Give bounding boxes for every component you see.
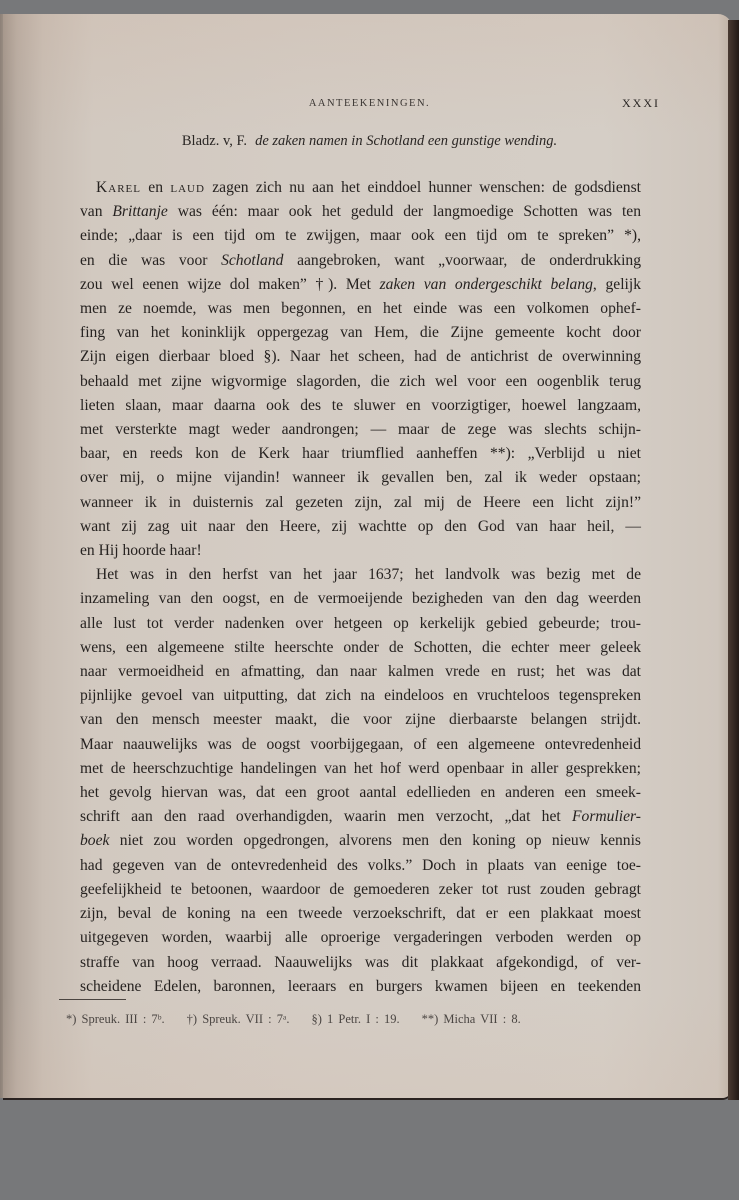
text-line: had gegeven van de ontevredenheid des vo…	[80, 854, 641, 878]
text-segment: einde; „daar is een tijd om te zwijgen, …	[80, 227, 641, 244]
text-segment: het gevolg hiervan was, dat een groot aa…	[80, 784, 641, 801]
text-segment: zagen zich nu aan het einddoel hunner we…	[205, 179, 641, 196]
text-line: het gevolg hiervan was, dat een groot aa…	[80, 781, 641, 805]
text-segment: met de heerschzuchtige handelingen van h…	[80, 760, 641, 777]
text-line: zijn, beval de koning na een tweede verz…	[80, 902, 641, 926]
text-segment: laud	[170, 179, 205, 196]
text-line: straffe van hoog verraad. Naauwelijks wa…	[80, 951, 641, 975]
footnotes: *) Spreuk. III : 7ᵇ.†) Spreuk. VII : 7ᵃ.…	[66, 1012, 543, 1027]
text-segment: Maar naauwelijks was de oogst voorbijgeg…	[80, 736, 641, 753]
text-line: met de heerschzuchtige handelingen van h…	[80, 757, 641, 781]
text-line: behaald met zijne wigvormige slagorden, …	[80, 370, 641, 394]
footnote: *) Spreuk. III : 7ᵇ.	[66, 1012, 165, 1026]
body-text: Karel en laud zagen zich nu aan het eind…	[80, 176, 641, 999]
text-line: en Hij hoorde haar!	[80, 539, 641, 563]
text-segment: alle lust tot verder nadenken over hetge…	[80, 615, 641, 632]
text-segment: aangebroken, want „voorwaar, de onderdru…	[283, 252, 641, 269]
text-segment: en Hij hoorde haar!	[80, 542, 202, 559]
text-segment: zou wel eenen wijze dol maken” †). Met	[80, 276, 380, 293]
text-segment: had gegeven van de ontevredenheid des vo…	[80, 857, 641, 874]
text-segment: Zijn eigen dierbaar bloed §). Naar het s…	[80, 348, 641, 365]
page-number: XXXI	[622, 96, 660, 111]
text-line: met versterkte magt weder aandrongen; — …	[80, 418, 641, 442]
text-segment: inzameling van den oogst, en de vermoeij…	[80, 590, 641, 607]
text-line: Karel en laud zagen zich nu aan het eind…	[80, 176, 641, 200]
italic-text: Formulier-	[572, 808, 641, 825]
text-segment: schrift aan den raad overhandigden, waar…	[80, 808, 572, 825]
text-line: wens, een algemeene stilte heerschte ond…	[80, 636, 641, 660]
text-segment: niet zou worden opgedrongen, alvorens me…	[109, 832, 641, 849]
text-line: en die was voor Schotland aangebroken, w…	[80, 249, 641, 273]
text-segment: straffe van hoog verraad. Naauwelijks wa…	[80, 954, 641, 971]
footnote: †) Spreuk. VII : 7ᵃ.	[187, 1012, 290, 1026]
text-segment: behaald met zijne wigvormige slagorden, …	[80, 373, 641, 390]
text-line: over mij, o mijne vijandin! wanneer ik g…	[80, 466, 641, 490]
text-line: einde; „daar is een tijd om te zwijgen, …	[80, 224, 641, 248]
text-line: fing van het koninklijk oppergezag van H…	[80, 321, 641, 345]
text-line: alle lust tot verder nadenken over hetge…	[80, 612, 641, 636]
text-segment: men ze noemde, was men begonnen, en het …	[80, 300, 641, 317]
text-line: naar vermoeidheid en afmatting, dan naar…	[80, 660, 641, 684]
text-line: Maar naauwelijks was de oogst voorbijgeg…	[80, 733, 641, 757]
text-line: wanneer ik in duisternis zal gezeten zij…	[80, 491, 641, 515]
text-segment: want zij zag uit naar den Heere, zij wac…	[80, 518, 641, 535]
text-segment: baar, en reeds kon de Kerk haar triumfli…	[80, 445, 641, 462]
heading-title: de zaken namen in Schotland een gunstige…	[255, 133, 557, 149]
italic-text: boek	[80, 832, 109, 849]
text-segment: scheidene Edelen, baronnen, leeraars en …	[80, 978, 641, 995]
text-segment: Karel	[96, 179, 141, 196]
text-line: zou wel eenen wijze dol maken” †). Met z…	[80, 273, 641, 297]
text-segment: naar vermoeidheid en afmatting, dan naar…	[80, 663, 641, 680]
italic-text: Schotland	[221, 252, 283, 269]
text-segment: met versterkte magt weder aandrongen; — …	[80, 421, 641, 438]
text-line: scheidene Edelen, baronnen, leeraars en …	[80, 975, 641, 999]
text-segment: zijn, beval de koning na een tweede verz…	[80, 905, 641, 922]
italic-text: Brittanje	[112, 203, 167, 220]
text-line: want zij zag uit naar den Heere, zij wac…	[80, 515, 641, 539]
text-segment: , gelijk	[593, 276, 641, 293]
text-line: baar, en reeds kon de Kerk haar triumfli…	[80, 442, 641, 466]
footnote-rule	[59, 999, 126, 1000]
text-line: Het was in den herfst van het jaar 1637;…	[80, 563, 641, 587]
section-heading: Bladz. v, F.de zaken namen in Schotland …	[0, 133, 739, 150]
heading-reference: Bladz. v, F.	[182, 133, 247, 149]
text-line: boek niet zou worden opgedrongen, alvore…	[80, 829, 641, 853]
text-line: van den mensch meester maakt, die voor z…	[80, 708, 641, 732]
text-line: schrift aan den raad overhandigden, waar…	[80, 805, 641, 829]
text-segment: Het was in den herfst van het jaar 1637;…	[96, 566, 641, 583]
text-line: Zijn eigen dierbaar bloed §). Naar het s…	[80, 345, 641, 369]
text-segment: geefelijkheid te betoonen, waardoor de g…	[80, 881, 641, 898]
text-line: van Brittanje was één: maar ook het gedu…	[80, 200, 641, 224]
book-fore-edge	[728, 20, 739, 1100]
text-line: lieten slaan, maar daarna ook des te slu…	[80, 394, 641, 418]
text-segment: wens, een algemeene stilte heerschte ond…	[80, 639, 641, 656]
text-segment: wanneer ik in duisternis zal gezeten zij…	[80, 494, 641, 511]
text-segment: van den mensch meester maakt, die voor z…	[80, 711, 641, 728]
text-segment: lieten slaan, maar daarna ook des te slu…	[80, 397, 641, 414]
text-segment: en	[141, 179, 170, 196]
text-segment: en die was voor	[80, 252, 221, 269]
text-line: inzameling van den oogst, en de vermoeij…	[80, 587, 641, 611]
text-segment: van	[80, 203, 112, 220]
text-segment: pijnlijke gevoel van uitputting, dat zic…	[80, 687, 641, 704]
text-line: men ze noemde, was men begonnen, en het …	[80, 297, 641, 321]
text-line: geefelijkheid te betoonen, waardoor de g…	[80, 878, 641, 902]
text-segment: over mij, o mijne vijandin! wanneer ik g…	[80, 469, 641, 486]
text-line: pijnlijke gevoel van uitputting, dat zic…	[80, 684, 641, 708]
text-segment: fing van het koninklijk oppergezag van H…	[80, 324, 641, 341]
footnote: **) Micha VII : 8.	[422, 1012, 521, 1026]
text-segment: was één: maar ook het geduld der langmoe…	[168, 203, 641, 220]
footnote: §) 1 Petr. I : 19.	[312, 1012, 400, 1026]
text-segment: uitgegeven worden, waarbij alle oproerig…	[80, 929, 641, 946]
italic-text: zaken van ondergeschikt belang	[380, 276, 593, 293]
text-line: uitgegeven worden, waarbij alle oproerig…	[80, 926, 641, 950]
